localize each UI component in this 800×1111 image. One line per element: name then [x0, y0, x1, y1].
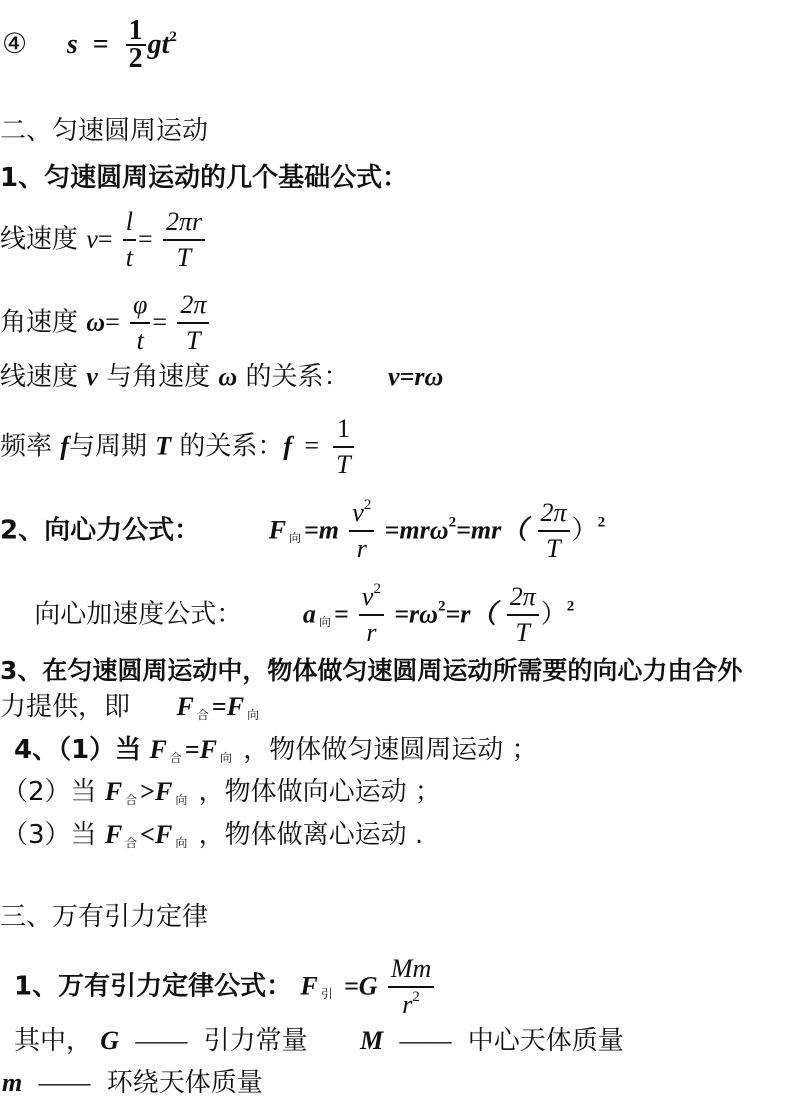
- fraction-l-over-t: l t: [123, 205, 136, 275]
- fraction-Mm-over-r2: Mm r2: [388, 952, 434, 1022]
- formula-angular-velocity: 角速度 ω= φ t = 2π T: [0, 288, 211, 358]
- fraction-2pi-over-T: 2π T: [507, 580, 539, 650]
- relation-f-T: 频率 f与周期 T 的关系：f = 1 T: [0, 412, 356, 482]
- fraction-2pi-over-T: 2π T: [538, 496, 570, 566]
- formula-universal-gravitation: 1、万有引力定律公式： F引 =G Mm r2: [14, 952, 436, 1022]
- item1-title: 1、匀速圆周运动的几个基础公式：: [0, 163, 408, 193]
- definitions-line-1: 其中， G —— 引力常量 M —— 中心天体质量: [14, 1026, 624, 1056]
- circled-number-4: ④: [2, 27, 27, 60]
- definitions-line-2: m —— 环绕天体质量: [2, 1068, 263, 1098]
- fraction-one-half: 1 2: [126, 18, 146, 72]
- fraction-phi-over-t: φ t: [130, 288, 150, 358]
- formula-free-fall-distance: ④ s = 1 2 gt2: [2, 18, 177, 72]
- relation-v-omega: 线速度 v 与角速度 ω 的关系： v=rω: [0, 362, 443, 392]
- fraction-1-over-T: 1 T: [333, 412, 353, 482]
- fraction-2pi-over-T: 2π T: [177, 288, 209, 358]
- fraction-2pir-over-T: 2πr T: [163, 205, 205, 275]
- section-heading-universal-gravitation: 三、万有引力定律: [0, 902, 208, 932]
- item4-condition-3: （3）当 F合<F向 ，物体做离心运动 .: [2, 820, 423, 858]
- var-s: s: [67, 29, 78, 60]
- formula-linear-velocity: 线速度 v= l t = 2πr T: [0, 205, 207, 275]
- fraction-v2-over-r: v2 r: [349, 496, 374, 566]
- item3-line1: 3、在匀速圆周运动中，物体做匀速圆周运动所需要的向心力由合外: [0, 656, 742, 686]
- item4-condition-1: 4、（1）当 F合=F向 ，物体做匀速圆周运动 ；: [14, 735, 538, 773]
- item3-line2: 力提供，即 F合=F向: [0, 692, 262, 730]
- fraction-v2-over-r: v2 r: [359, 580, 384, 650]
- formula-centripetal-acceleration: 向心加速度公式： a向= v2 r =rω2=r（ 2π T ）2: [0, 580, 574, 650]
- item4-condition-2: （2）当 F合>F向 ，物体做向心运动 ；: [2, 777, 441, 815]
- formula-centripetal-force: 2、向心力公式： F向=m v2 r =mrω2=mr（ 2π T ）2: [0, 496, 605, 566]
- section-heading-uniform-circular-motion: 二、匀速圆周运动: [0, 116, 208, 146]
